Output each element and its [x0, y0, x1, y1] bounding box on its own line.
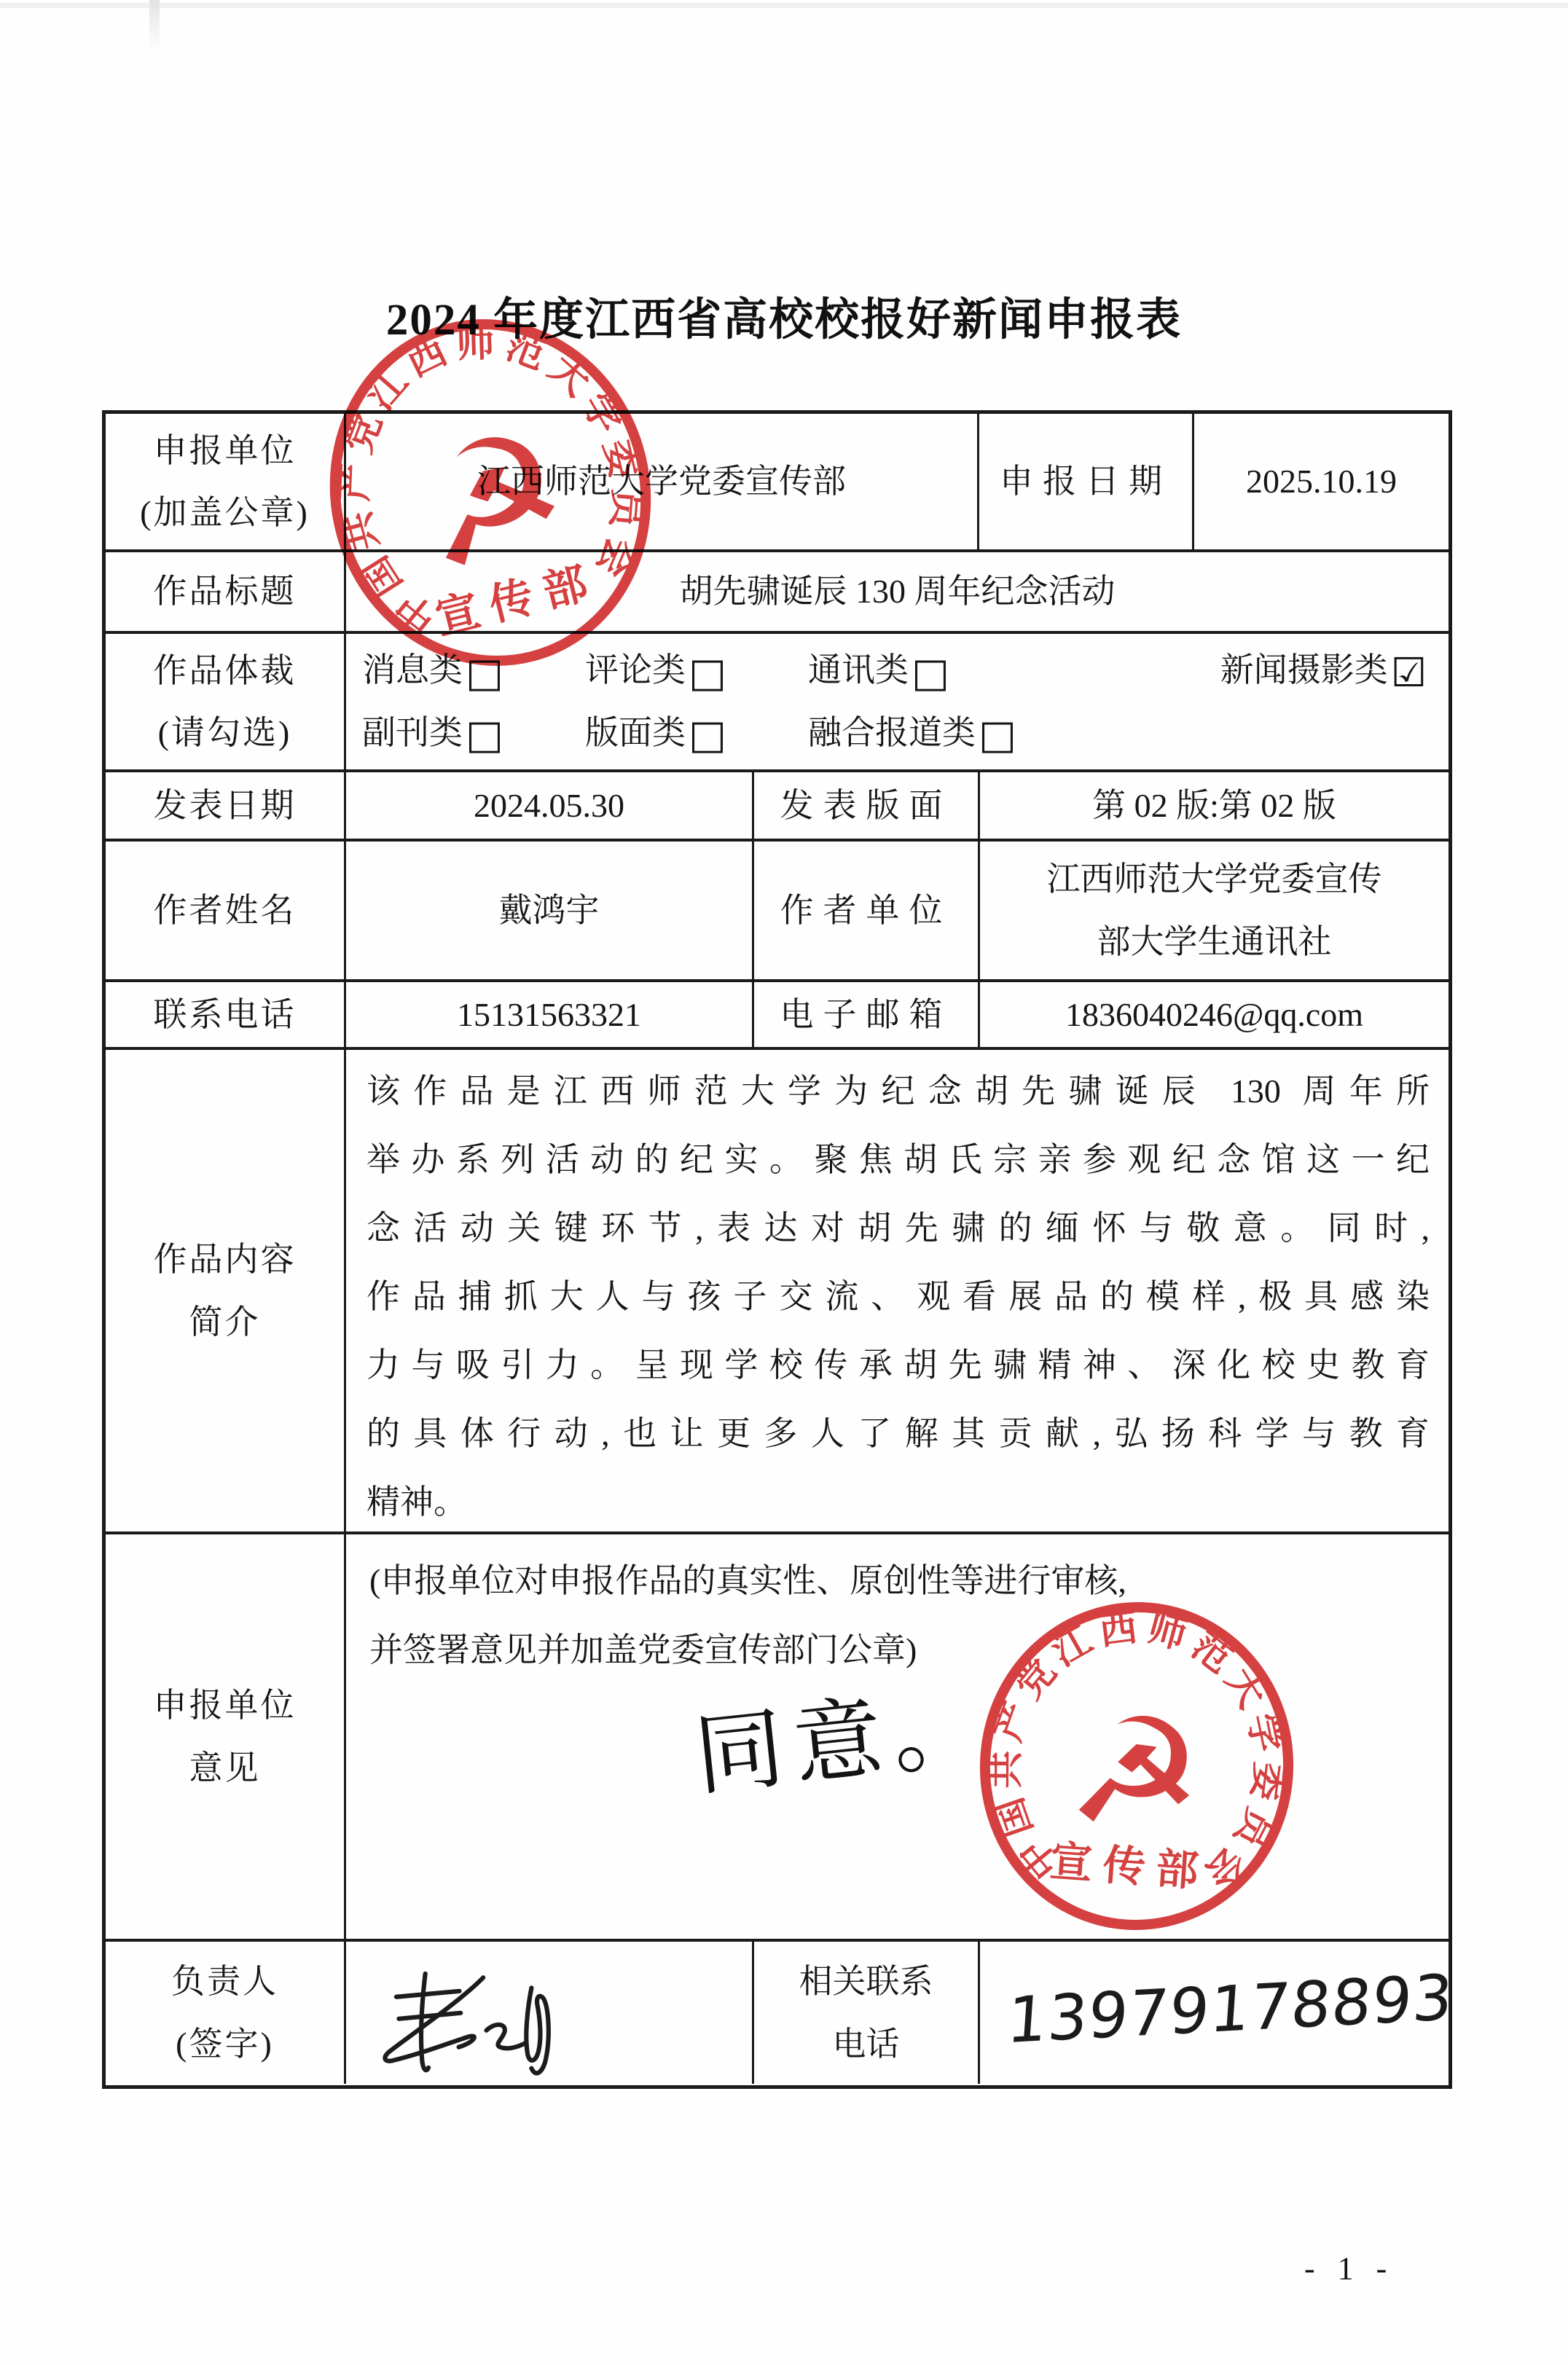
opinion-label-line2: 意见 [154, 1737, 297, 1799]
official-seal-bottom: 中国共产党江西师范大学委员会 ☭ 宣传部 [958, 1580, 1315, 1953]
genre-option-photography: 新闻摄影类 ☑ [1220, 644, 1427, 696]
summary-label-line2: 简介 [154, 1291, 297, 1353]
author-unit-label: 作者单位 [754, 842, 980, 979]
principal-label-line1: 负责人 [171, 1950, 278, 2012]
summary-line: 力与吸引力。呈现学校传承胡先骕精神、深化校史教育 [366, 1331, 1430, 1400]
row-work-title: 作品标题 胡先骕诞辰 130 周年纪念活动 [106, 552, 1449, 634]
summary-line: 该作品是江西师范大学为纪念胡先骕诞辰 130 周年所 [366, 1057, 1430, 1126]
genre-option-converged: 融合报道类 □ [808, 707, 1016, 758]
scan-smudge-artifact [149, 0, 160, 51]
contact-label: 相关联系 电话 [754, 1942, 980, 2084]
genre-option-communication: 通讯类 □ [808, 644, 949, 696]
publish-page-value: 第 02 版:第 02 版 [980, 772, 1449, 839]
work-title-label: 作品标题 [106, 552, 346, 631]
summary-line: 念活动关键环节,表达对胡先骕的缅怀与敬意。同时, [366, 1194, 1430, 1263]
row-summary: 作品内容 简介 该作品是江西师范大学为纪念胡先骕诞辰 130 周年所 举办系列活… [106, 1050, 1449, 1534]
summary-line: 作品捕抓大人与孩子交流、观看展品的模样,极具感染 [366, 1263, 1430, 1331]
checkbox-photography-checked: ☑ [1391, 653, 1427, 693]
genre-label-line2: (请勾选) [154, 702, 297, 764]
summary-line: 的具体行动,也让更多人了解其贡献,弘扬科学与教育 [366, 1400, 1430, 1468]
checkbox-supplement: □ [466, 715, 503, 755]
phone-label: 联系电话 [106, 982, 346, 1047]
publish-date-value: 2024.05.30 [346, 772, 754, 839]
publish-date-label: 发表日期 [106, 772, 346, 839]
author-unit-value: 江西师范大学党委宣传 部大学生通讯社 [980, 842, 1449, 979]
row-phone-email: 联系电话 15131563321 电子邮箱 1836040246@qq.com [106, 982, 1449, 1050]
row-publish-date: 发表日期 2024.05.30 发表版面 第 02 版:第 02 版 [106, 772, 1449, 842]
checkbox-layout: □ [689, 715, 726, 755]
principal-label: 负责人 (签字) [106, 1942, 346, 2084]
row-author: 作者姓名 戴鸿宇 作者单位 江西师范大学党委宣传 部大学生通讯社 [106, 842, 1449, 982]
row-genre: 作品体裁 (请勾选) 消息类 □ 评论类 □ 通讯类 □ [106, 634, 1449, 772]
publish-page-label: 发表版面 [754, 772, 980, 839]
scan-edge-artifact [0, 3, 1568, 8]
checkbox-communication: □ [912, 653, 949, 693]
summary-line: 精神。 [366, 1468, 1430, 1537]
author-name-value: 戴鸿宇 [346, 842, 754, 979]
summary-line: 举办系列活动的纪实。聚焦胡氏宗亲参观纪念馆这一纪 [366, 1126, 1430, 1194]
apply-date-value: 2025.10.19 [1194, 414, 1449, 549]
genre-label: 作品体裁 (请勾选) [106, 634, 346, 769]
hammer-sickle-icon: ☭ [1063, 1682, 1209, 1864]
page-number: - 1 - [1304, 2250, 1394, 2287]
opinion-label: 申报单位 意见 [106, 1534, 346, 1939]
principal-label-line2: (签字) [171, 2013, 278, 2075]
contact-label-line1: 相关联系 [799, 1950, 933, 2012]
apply-date-label: 申报日期 [979, 414, 1194, 549]
email-value: 1836040246@qq.com [980, 982, 1449, 1047]
principal-signature-scribble [363, 1958, 556, 2093]
author-unit-value-line1: 江西师范大学党委宣传 [1047, 848, 1382, 910]
genre-option-layout: 版面类 □ [585, 707, 726, 758]
page-title: 2024 年度江西省高校校报好新闻申报表 [0, 284, 1568, 348]
checkbox-converged: □ [979, 715, 1016, 755]
summary-text: 该作品是江西师范大学为纪念胡先骕诞辰 130 周年所 举办系列活动的纪实。聚焦胡… [346, 1050, 1449, 1531]
applicant-unit-label-line2: (加盖公章) [140, 482, 310, 544]
opinion-label-line1: 申报单位 [154, 1674, 297, 1736]
summary-label: 作品内容 简介 [106, 1050, 346, 1531]
scanned-form-page: 2024 年度江西省高校校报好新闻申报表 申报单位 (加盖公章) 江西师范大学党… [0, 0, 1568, 2365]
genre-options-line2: 副刊类 □ 版面类 □ 融合报道类 □ [346, 707, 1449, 758]
contact-label-line2: 电话 [799, 2013, 933, 2075]
genre-label-line1: 作品体裁 [154, 640, 297, 702]
seal-department-text: 宣传部 [1048, 1838, 1211, 1896]
genre-option-supplement: 副刊类 □ [362, 707, 503, 758]
author-name-label: 作者姓名 [106, 842, 346, 979]
author-unit-value-line2: 部大学生通讯社 [1047, 911, 1382, 973]
summary-label-line1: 作品内容 [154, 1228, 297, 1290]
email-label: 电子邮箱 [754, 982, 980, 1047]
applicant-unit-label-line1: 申报单位 [140, 420, 310, 482]
checkbox-commentary: □ [689, 653, 726, 693]
phone-value: 15131563321 [346, 982, 754, 1047]
